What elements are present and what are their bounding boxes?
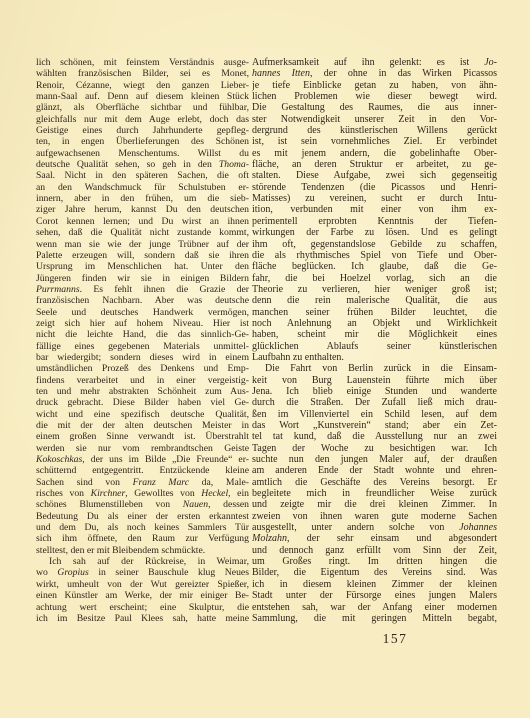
text-line: fällige eines gegebenen Materials unmitt… [36, 341, 249, 352]
text-line: achtung wert erscheint; eine Skulptur, d… [36, 602, 249, 613]
text-line: ziger Jahre herum, kannst Du den deutsch… [36, 204, 249, 215]
text-line: zeigt sich hier auf hohem Niveau. Hier i… [36, 318, 249, 329]
text-line: wählten französischen Bilder, sei es Mon… [36, 68, 249, 79]
text-line: wo Gropius in seiner Bauschule klug Neue… [36, 567, 249, 578]
text-line: lich schönen, mit feinstem Verständnis a… [36, 57, 249, 68]
text-line: denn die rein malerische Qualität, die a… [252, 295, 497, 306]
text-line: manchen seiner frühen Bilder leuchtet, d… [252, 307, 497, 318]
text-line: glücklichen Ablaufs seiner künstlerische… [252, 341, 497, 352]
text-line: Palette erzeugen will, sondern daß sie i… [36, 250, 249, 261]
text-line: Renoir, Cézanne, wiegt den ganzen Lieber… [36, 80, 249, 91]
italic-text: Purrmanns [36, 284, 80, 295]
text-line: entstehen sah, war der Anfang einer mode… [252, 602, 497, 613]
text-line: noch Anlehnung an Objekt und Wirklichkei… [252, 318, 497, 329]
text-line: störende Tendenzen (die Picassos und Hen… [252, 182, 497, 193]
italic-text: Heckel [201, 488, 228, 499]
text-line: Saal. Nicht in den späteren Sachen, die … [36, 170, 249, 181]
text-line: Aufmerksamkeit auf ihn gelenkt: es ist J… [252, 57, 497, 68]
text-line: wenn man sie wie der junge Trübner auf d… [36, 239, 249, 250]
text-line: fläche, an deren Struktur er arbeitet, z… [252, 159, 497, 170]
text-line: Purrmanns. Es fehlt ihnen die Grazie der [36, 284, 249, 295]
text-line: bar wiedergibt; sondern dieses wird in e… [36, 352, 249, 363]
text-line: ausgestellt, unter andern solche von Joh… [252, 522, 497, 533]
text-line: Kokoschkas, der uns im Bilde „Die Freund… [36, 454, 249, 465]
italic-text: Molzahn [252, 533, 287, 544]
text-column-left: lich schönen, mit feinstem Verständnis a… [36, 57, 249, 624]
text-line: die mit der der alten deutschen Meister … [36, 420, 249, 431]
text-line: ich in diesem kleinen Zimmer der kleinen [252, 579, 497, 590]
text-line: je tiefe Einblicke getan zu haben, von ä… [252, 80, 497, 91]
text-line: haben, scheint mir die Möglichkeit eines [252, 329, 497, 340]
italic-text: Jo- [484, 57, 497, 68]
text-line: tel tat kund, daß die Ausstellung nur an… [252, 431, 497, 442]
text-line: innern, aber in den frühen, um die sieb- [36, 193, 249, 204]
text-line: hannes Itten, der ohne in das Wirken Pic… [252, 68, 497, 79]
text-line: Jena. Ich blieb einige Stunden und wande… [252, 386, 497, 397]
text-line: Sachen sind von Franz Marc da, Male- [36, 477, 249, 488]
text-line: aufgewachsenen Menschentums. Willst du [36, 148, 249, 159]
text-line: werden sie nur vom rembrandtschen Geiste [36, 443, 249, 454]
italic-text: Kokoschkas [36, 454, 82, 465]
text-line: deutsche Qualität sehen, so geh in den T… [36, 159, 249, 170]
text-line: das Wort „Kunstverein“ stand; aber ein Z… [252, 420, 497, 431]
text-line: Stadt unter der Fürsorge eines jungen Ma… [252, 590, 497, 601]
text-line: zweien von ihnen waren gute moderne Sach… [252, 511, 497, 522]
italic-text: Kirchner [91, 488, 126, 499]
text-line: schönes Blumenstilleben von Nauen, desse… [36, 499, 249, 510]
text-line: am anderen Ende der Stadt wohnte und ehr… [252, 465, 497, 476]
text-line: wirkungen der Farbe zu lösen. Und es gel… [252, 227, 497, 238]
text-line: und zeigte mir die drei kleinen Zimmer. … [252, 499, 497, 510]
text-line: ster Notwendigkeit unserer Zeit in den V… [252, 114, 497, 125]
italic-text: Gropius [57, 567, 88, 578]
italic-text: hannes Itten [252, 68, 310, 79]
text-line: Bilder, die Eigentum des Vereins sind. W… [252, 567, 497, 578]
italic-text: Nauen [183, 499, 208, 510]
text-line: stelltest, den er mit Bleibendem schmück… [36, 545, 249, 556]
text-line: Jüngeren finden wir sie in einigen Bilde… [36, 273, 249, 284]
text-line: ist, ist sein vornehmliches Ziel. Er ver… [252, 136, 497, 147]
text-line: an den Wandschmuck für Schulstuben er- [36, 182, 249, 193]
text-line: findens verarbeitet und in einer vergeis… [36, 375, 249, 386]
text-line: stalten. Diese Aufgabe, zwei sich gegens… [252, 170, 497, 181]
text-line: Molzahn, der sehr einsam und abgesondert [252, 533, 497, 544]
book-page: lich schönen, mit feinstem Verständnis a… [0, 0, 530, 718]
text-line: Sammlung, die mit geringen Mitteln begab… [252, 613, 497, 624]
text-line: sehen, daß die Qualität nicht zustande k… [36, 227, 249, 238]
text-line: fahr, die bei Hoelzel vorlag, sich an di… [252, 273, 497, 284]
text-line: und dennoch ganz erfüllt vom Sinn der Ze… [252, 545, 497, 556]
text-line: Laufbahn zu enthalten. [252, 352, 497, 363]
text-line: wirkt, umheult von der Wut gereizter Spi… [36, 579, 249, 590]
text-line: sich ihm öffnete, den Raum zur Verfügung [36, 533, 249, 544]
italic-text: Franz Marc [133, 477, 189, 488]
text-line: risches von Kirchner, Gewolltes von Heck… [36, 488, 249, 499]
text-line: einem großen Sinne verwandt ist. Überstr… [36, 431, 249, 442]
text-line: amtlich die Geschäfte des Vereins besorg… [252, 477, 497, 488]
text-line: Ich sah auf der Rückreise, in Weimar, [36, 556, 249, 567]
text-line: ich im Besitze Paul Klees sah, hatte mei… [36, 613, 249, 624]
text-column-right: Aufmerksamkeit auf ihn gelenkt: es ist J… [252, 57, 497, 624]
text-line: ßen im Villenviertel ein Schild lesen, a… [252, 409, 497, 420]
text-line: französischen Nachbarn. Aber was deutsch… [36, 295, 249, 306]
text-line: mann-Saal auf. Denn auf diesem kleinen S… [36, 91, 249, 102]
text-line: lichen Problemen wie dieser bewegt wird. [252, 91, 497, 102]
text-line: Matisses) zu vereinen, sucht er durch In… [252, 193, 497, 204]
text-line: durch die Straßen. Der Zufall ließ mich … [252, 397, 497, 408]
text-line: Seele und deutsches Handwerk vermögen, [36, 307, 249, 318]
text-line: suchte nun den jungen Maler auf, der dra… [252, 454, 497, 465]
text-line: und dem Du, als noch keines Sammlers Tür [36, 522, 249, 533]
text-line: ition, verbunden mit einer von ihm ex- [252, 204, 497, 215]
text-line: ihm oft, gegenstandslose Gebilde zu scha… [252, 239, 497, 250]
text-line: ten, in engen Überlieferungen des Schöne… [36, 136, 249, 147]
text-line: es mit jenem andern, die gobelinhafte Ob… [252, 148, 497, 159]
text-line: die als rhythmisches Spiel von Tiefe und… [252, 250, 497, 261]
text-line: keit von Burg Lauenstein führte mich übe… [252, 375, 497, 386]
text-line: gleichfalls nur mit dem Auge erlebt, doc… [36, 114, 249, 125]
text-line: um Großes ringt. Im dritten hingen die [252, 556, 497, 567]
text-line: perimentell erprobten Kenntnis der Tiefe… [252, 216, 497, 227]
text-line: Geistige eines durch Jahrhunderte gepfle… [36, 125, 249, 136]
italic-text: Thoma [219, 159, 246, 170]
text-line: schütternd entgegentritt. Entzückende kl… [36, 465, 249, 476]
page-number: 157 [378, 631, 412, 647]
text-line: Die Fahrt von Berlin zurück in die Einsa… [252, 363, 497, 374]
text-line: Theorie zu verlieren, hier weniger groß … [252, 284, 497, 295]
text-line: Die Gestaltung des Raumes, die aus inner… [252, 102, 497, 113]
text-line: dergrund des künstlerischen Willens gerü… [252, 125, 497, 136]
text-line: begleitete mich in freundlicher Weise zu… [252, 488, 497, 499]
text-line: nicht die leichte Hand, die das sinnlich… [36, 329, 249, 340]
text-line: glänzt, als Oberfläche sichtbar und fühl… [36, 102, 249, 113]
text-line: einen Künstler am Werke, der mir einiger… [36, 590, 249, 601]
italic-text: Johannes [459, 522, 497, 533]
text-line: druck gebracht. Diese Bilder haben viel … [36, 397, 249, 408]
text-line: Tagen der Woche zu besichtigen war. Ich [252, 443, 497, 454]
text-line: Bedeutung Du als einer der ersten erkann… [36, 511, 249, 522]
text-line: umständlichen Prozeß des Denkens und Emp… [36, 363, 249, 374]
text-line: fläche beglücken. Ich glaube, daß die Ge… [252, 261, 497, 272]
text-line: Ursprung im Menschlichen hat. Unter den [36, 261, 249, 272]
text-line: ten und mehr abstrakten Schönheit zum Au… [36, 386, 249, 397]
text-line: wicht und eine spezifisch deutsche Quali… [36, 409, 249, 420]
text-line: Corot kennen lernen; und Du wirst an ihn… [36, 216, 249, 227]
